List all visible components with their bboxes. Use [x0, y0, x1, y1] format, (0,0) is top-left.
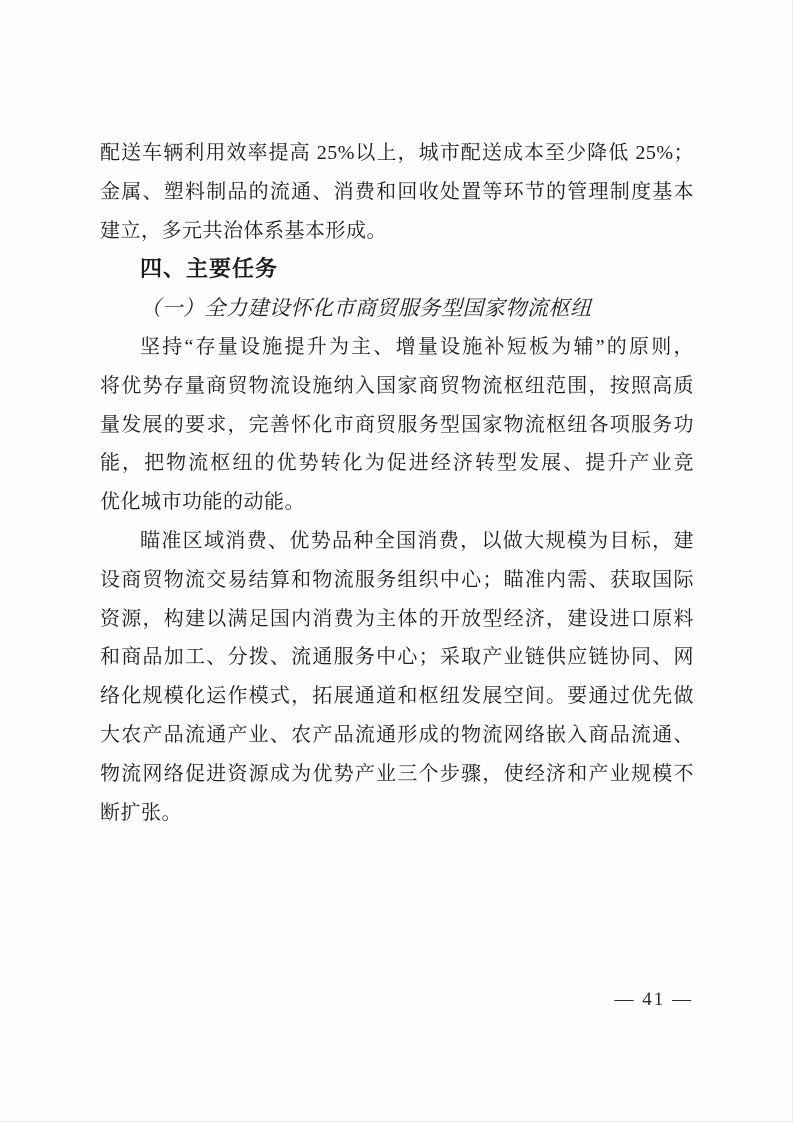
body-line: 建立，多元共治体系基本形成。 [100, 212, 694, 251]
section-heading: 四、主要任务 [100, 250, 694, 289]
body-line: 络化规模化运作模式，拓展通道和枢纽发展空间。要通过优先做 [100, 677, 694, 716]
body-line: 优化城市功能的动能。 [100, 483, 694, 522]
body-line: 断扩张。 [100, 794, 694, 833]
page-body: 配送车辆利用效率提高 25%以上，城市配送成本至少降低 25%； 金属、塑料制品… [100, 134, 694, 832]
body-line: 量发展的要求，完善怀化市商贸服务型国家物流枢纽各项服务功 [100, 406, 694, 445]
body-line: 能，把物流枢纽的优势转化为促进经济转型发展、提升产业竞争、 [100, 444, 694, 483]
page-number: — 41 — [615, 986, 694, 1014]
body-line: 资源，构建以满足国内消费为主体的开放型经济，建设进口原料 [100, 600, 694, 639]
paragraph-1: 坚持“存量设施提升为主、增量设施补短板为辅”的原则， 将优势存量商贸物流设施纳入… [100, 328, 694, 522]
subsection-heading: （一）全力建设怀化市商贸服务型国家物流枢纽 [100, 289, 694, 328]
body-line: 配送车辆利用效率提高 25%以上，城市配送成本至少降低 25%； [100, 134, 694, 173]
paragraph-2: 瞄准区域消费、优势品种全国消费，以做大规模为目标，建 设商贸物流交易结算和物流服… [100, 522, 694, 832]
body-line: 金属、塑料制品的流通、消费和回收处置等环节的管理制度基本 [100, 173, 694, 212]
body-line: 物流网络促进资源成为优势产业三个步骤，使经济和产业规模不 [100, 755, 694, 794]
body-line: 将优势存量商贸物流设施纳入国家商贸物流枢纽范围，按照高质 [100, 367, 694, 406]
body-line: 设商贸物流交易结算和物流服务组织中心；瞄准内需、获取国际 [100, 561, 694, 600]
body-line: 坚持“存量设施提升为主、增量设施补短板为辅”的原则， [100, 328, 694, 367]
body-line: 瞄准区域消费、优势品种全国消费，以做大规模为目标，建 [100, 522, 694, 561]
document-page: 配送车辆利用效率提高 25%以上，城市配送成本至少降低 25%； 金属、塑料制品… [0, 0, 793, 1122]
body-line: 和商品加工、分拨、流通服务中心；采取产业链供应链协同、网 [100, 638, 694, 677]
intro-paragraph: 配送车辆利用效率提高 25%以上，城市配送成本至少降低 25%； 金属、塑料制品… [100, 134, 694, 250]
body-line: 大农产品流通产业、农产品流通形成的物流网络嵌入商品流通、 [100, 716, 694, 755]
